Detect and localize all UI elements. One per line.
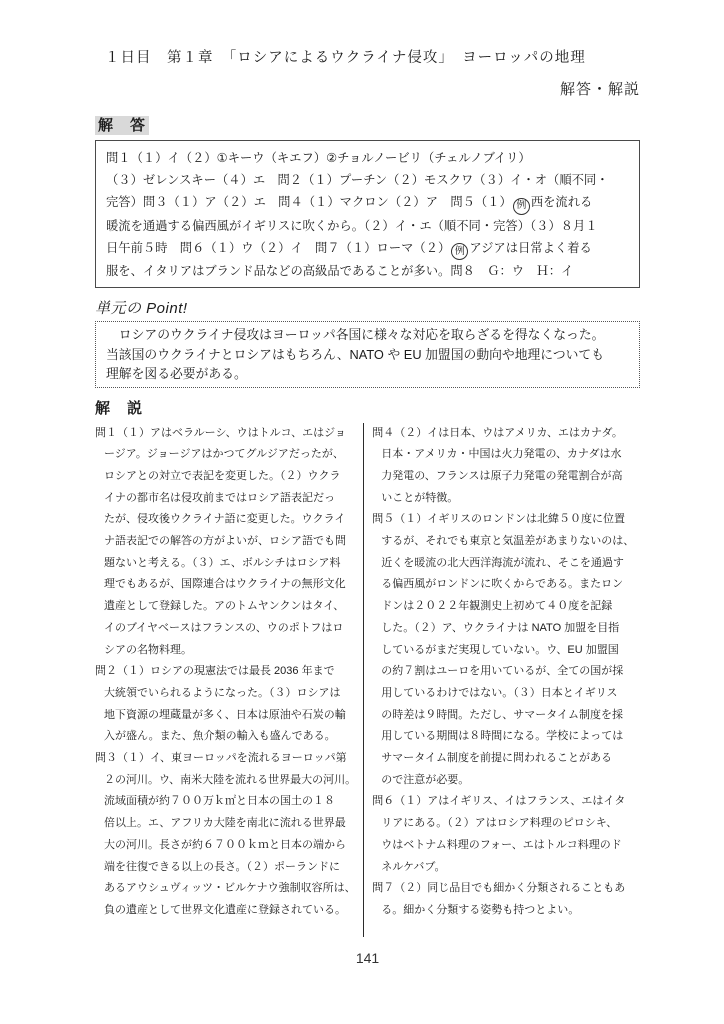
chapter-header: １日目 第１章 「ロシアによるウクライナ侵攻」 ヨーロッパの地理 (105, 46, 640, 67)
answer-line: 服を、イタリアはブランド品などの高級品であることが多い。問８ Ｇ：ウ Ｈ：イ (106, 260, 629, 282)
explanation-line: した。（２）ア、ウクライナは NATO 加盟を目指 (372, 618, 640, 640)
answer-section-heading: 解 答 (95, 114, 640, 135)
explanation-right-column: 問４（２）イは日本、ウはアメリカ、エはカナダ。日本・アメリカ・中国は火力発電の、… (372, 423, 640, 937)
page-subtitle: 解答・解説 (95, 78, 640, 99)
explanation-line: シアの名物料理。 (95, 640, 359, 662)
explanation-line: するが、それでも東京と気温差があまりないのは、 (372, 531, 640, 553)
explanation-line: 端を往復できる以上の長さ。（２）ポーランドに (95, 857, 359, 879)
explanation-line: ージア。ジョージアはかつてグルジアだったが、 (95, 444, 359, 466)
explanation-line: 大統領でいられるようになった。（３）ロシアは (95, 683, 359, 705)
point-line: 当該国のウクライナとロシアはもちろん、NATO や EU 加盟国の動向や地理につ… (106, 345, 629, 365)
answer-line: 完答）問３（１）ア（２）エ 問４（１）マクロン（２）ア 問５（１）例西を流れる (106, 191, 629, 215)
answer-line: 暖流を通過する偏西風がイギリスに吹くから。（２）イ・エ（順不同・完答）（３）８月… (106, 215, 629, 237)
answer-line: 日午前５時 問６（１）ウ（２）イ 問７（１）ローマ（２）例アジアは日常よく着る (106, 237, 629, 261)
explanation-line: たが、侵攻後ウクライナ語に変更した。ウクライ (95, 509, 359, 531)
answer-text-segment: 完答）問３（１）ア（２）エ 問４（１）マクロン（２）ア 問５（１） (106, 195, 512, 209)
explanation-line: いことが特徴。 (372, 488, 640, 510)
explanation-line: 遺産として登録した。アのトムヤンクンはタイ、 (95, 596, 359, 618)
explanation-line: 題ないと考える。（３）エ、ボルシチはロシア料 (95, 553, 359, 575)
explanation-line: 大の河川。長さが約６７００ｋｍと日本の端から (95, 835, 359, 857)
explanation-line: 理でもあるが、国際連合はウクライナの無形文化 (95, 574, 359, 596)
explanation-line: イナの都市名は侵攻前まではロシア語表記だっ (95, 488, 359, 510)
explanation-line: 力発電の、フランスは原子力発電の発電割合が高 (372, 466, 640, 488)
explanation-line: ウはベトナム料理のフォー、エはトルコ料理のド (372, 835, 640, 857)
explanation-line: 問６（１）アはイギリス、イはフランス、エはイタ (372, 791, 640, 813)
explanation-line: ロシアとの対立で表記を変更した。（２）ウクラ (95, 466, 359, 488)
explanation-line: 負の遺産として世界文化遺産に登録されている。 (95, 900, 359, 922)
explanation-line: ネルケバブ。 (372, 857, 640, 879)
point-box: ロシアのウクライナ侵攻はヨーロッパ各国に様々な対応を取らざるを得なくなった。当該… (95, 321, 640, 388)
explanation-line: 流域面積が約７００万ｋ㎡と日本の国土の１８ (95, 791, 359, 813)
explanation-line: の約７割はユーロを用いているが、全ての国が採 (372, 661, 640, 683)
column-divider (363, 423, 365, 937)
explanation-line: 問４（２）イは日本、ウはアメリカ、エはカナダ。 (372, 423, 640, 445)
circled-rei-mark: 例 (513, 198, 530, 215)
explanation-line: サマータイム制度を前提に問われることがある (372, 748, 640, 770)
answer-text-segment: 日午前５時 問６（１）ウ（２）イ 問７（１）ローマ（２） (106, 241, 450, 255)
explanation-section-heading: 解 説 (95, 397, 640, 418)
explanation-line: 問５（１）イギリスのロンドンは北緯５０度に位置 (372, 509, 640, 531)
circled-rei-mark: 例 (451, 243, 468, 260)
explanation-line: あるアウシュヴィッツ・ビルケナウ強制収容所は、 (95, 878, 359, 900)
explanation-line: 近くを暖流の北大西洋海流が流れ、そこを通過す (372, 553, 640, 575)
explanation-line: 用しているわけではない。（３）日本とイギリス (372, 683, 640, 705)
answer-line: 問１（１）イ（２）①キーウ（キエフ）②チョルノービリ（チェルノブイリ） (106, 147, 629, 169)
explanation-line: 問１（１）アはベラルーシ、ウはトルコ、エはジョ (95, 423, 359, 445)
page: １日目 第１章 「ロシアによるウクライナ侵攻」 ヨーロッパの地理 解答・解説 解… (0, 0, 724, 1024)
explanation-columns: 問１（１）アはベラルーシ、ウはトルコ、エはジョージア。ジョージアはかつてグルジア… (95, 423, 640, 937)
explanation-line: ナ語表記での解答の方がよいが、ロシア語でも問 (95, 531, 359, 553)
explanation-line: 日本・アメリカ・中国は火力発電の、カナダは水 (372, 444, 640, 466)
answer-line: （３）ゼレンスキー（４）エ 問２（１）プーチン（２）モスクワ（３）イ・オ（順不同… (106, 169, 629, 191)
explanation-line: る偏西風がロンドンに吹くからである。またロン (372, 574, 640, 596)
answer-text-segment: 問１（１）イ（２）①キーウ（キエフ）②チョルノービリ（チェルノブイリ） (106, 151, 531, 165)
explanation-line: る。細かく分類する姿勢も持つとよい。 (372, 900, 640, 922)
explanation-line: ２の河川。ウ、南米大陸を流れる世界最大の河川。 (95, 770, 359, 792)
explanation-line: 入が盛ん。また、魚介類の輸入も盛んである。 (95, 726, 359, 748)
answer-heading-label: 解 答 (95, 116, 149, 135)
answer-box: 問１（１）イ（２）①キーウ（キエフ）②チョルノービリ（チェルノブイリ）（３）ゼレ… (95, 140, 640, 288)
explanation-line: 用している期間は８時間になる。学校によっては (372, 726, 640, 748)
answer-text-segment: アジアは日常よく着る (469, 241, 591, 255)
explanation-line: ドンは２０２２年観測史上初めて４０度を記録 (372, 596, 640, 618)
explanation-line: 問７（２）同じ品目でも細かく分類されることもあ (372, 878, 640, 900)
explanation-line: 地下資源の埋蔵量が多く、日本は原油や石炭の輸 (95, 705, 359, 727)
explanation-line: 問３（１）イ、東ヨーロッパを流れるヨーロッパ第 (95, 748, 359, 770)
explanation-line: しているがまだ実現していない。ウ、EU 加盟国 (372, 640, 640, 662)
answer-text-segment: 暖流を通過する偏西風がイギリスに吹くから。（２）イ・エ（順不同・完答）（３）８月… (106, 219, 598, 233)
explanation-line: の時差は９時間。ただし、サマータイム制度を採 (372, 705, 640, 727)
answer-text-segment: 服を、イタリアはブランド品などの高級品であることが多い。問８ Ｇ：ウ Ｈ：イ (106, 264, 573, 278)
point-line: ロシアのウクライナ侵攻はヨーロッパ各国に様々な対応を取らざるを得なくなった。 (106, 325, 629, 345)
explanation-line: イのブイヤベースはフランスの、ウのポトフはロ (95, 618, 359, 640)
answer-text-segment: （３）ゼレンスキー（４）エ 問２（１）プーチン（２）モスクワ（３）イ・オ（順不同… (106, 173, 609, 187)
explanation-line: リアにある。（２）アはロシア料理のピロシキ、 (372, 813, 640, 835)
explanation-line: 倍以上。エ、アフリカ大陸を南北に流れる世界最 (95, 813, 359, 835)
point-section-heading: 単元の Point! (95, 297, 640, 318)
answer-text-segment: 西を流れる (531, 195, 593, 209)
point-line: 理解を図る必要がある。 (106, 364, 629, 384)
explanation-left-column: 問１（１）アはベラルーシ、ウはトルコ、エはジョージア。ジョージアはかつてグルジア… (95, 423, 359, 937)
page-number: 141 (95, 950, 640, 966)
explanation-line: ので注意が必要。 (372, 770, 640, 792)
page-content: １日目 第１章 「ロシアによるウクライナ侵攻」 ヨーロッパの地理 解答・解説 解… (0, 0, 724, 966)
explanation-line: 問２（１）ロシアの現憲法では最長 2036 年まで (95, 661, 359, 683)
